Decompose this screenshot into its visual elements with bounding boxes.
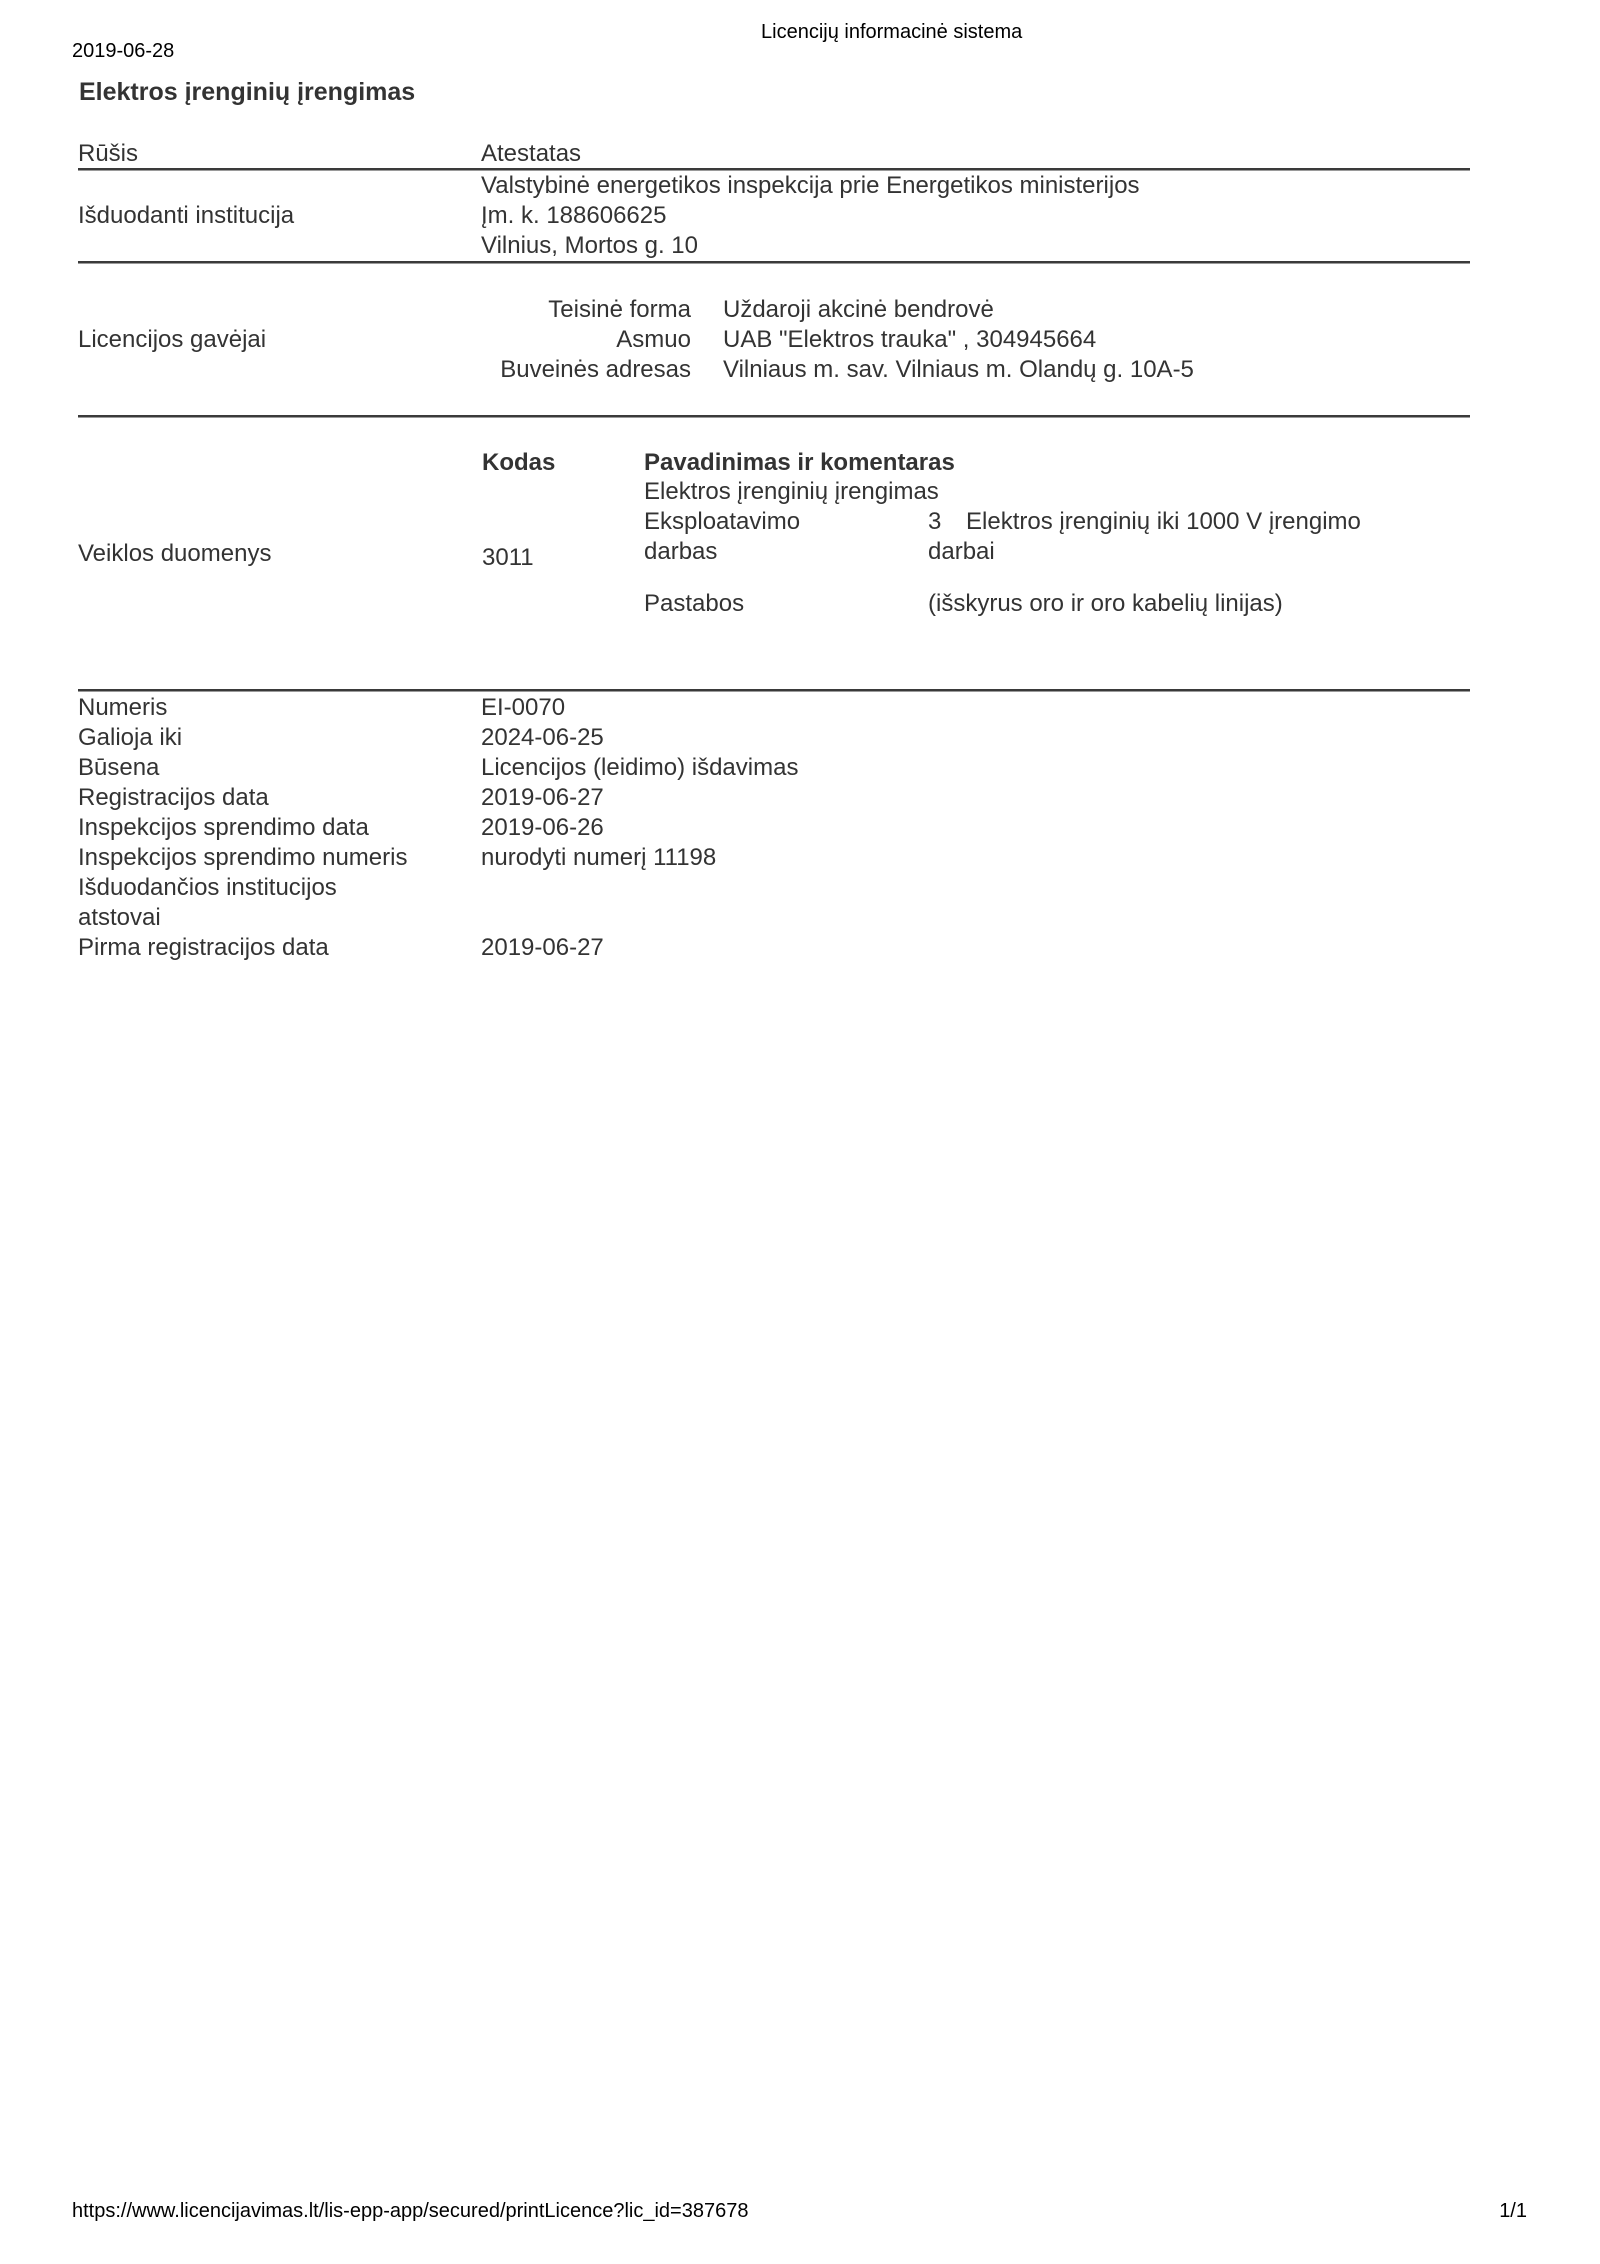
details-label: Registracijos data (78, 783, 481, 813)
type-value: Atestatas (481, 139, 581, 169)
holders-field-values: Uždaroji akcinė bendrovė UAB "Elektros t… (723, 295, 1194, 385)
details-label: Galioja iki (78, 723, 481, 753)
issuer-details: Valstybinė energetikos inspekcija prie E… (481, 171, 1140, 261)
name-header: Pavadinimas ir komentaras (644, 448, 955, 478)
site-title: Licencijų informacinė sistema (761, 20, 1022, 44)
details-label-line: Pirma registracijos data (78, 933, 481, 963)
work-label-line: Eksploatavimo (644, 507, 800, 537)
divider (78, 261, 1470, 263)
person-label: Asmuo (481, 325, 691, 355)
details-row: BūsenaLicencijos (leidimo) išdavimas (78, 753, 1470, 783)
details-label-line: Būsena (78, 753, 481, 783)
print-url: https://www.licencijavimas.lt/lis-epp-ap… (72, 2199, 748, 2223)
type-label: Rūšis (78, 139, 138, 169)
registered-address-label: Buveinės adresas (481, 355, 691, 385)
details-label: Būsena (78, 753, 481, 783)
details-list: NumerisEI-0070Galioja iki2024-06-25Būsen… (78, 693, 1470, 963)
details-value: 2024-06-25 (481, 723, 604, 753)
work-number: 3 (928, 507, 941, 537)
holders-field-labels: Teisinė forma Asmuo Buveinės adresas (481, 295, 691, 385)
issuer-company-code: Įm. k. 188606625 (481, 201, 1140, 231)
activity-code: 3011 (482, 543, 534, 573)
divider (78, 689, 1470, 691)
details-label-line: Inspekcijos sprendimo data (78, 813, 481, 843)
issuer-name: Valstybinė energetikos inspekcija prie E… (481, 171, 1140, 201)
details-label: Išduodančios institucijosatstovai (78, 873, 481, 933)
details-value: 2019-06-27 (481, 933, 604, 963)
details-value: EI-0070 (481, 693, 565, 723)
divider (78, 415, 1470, 417)
document-title: Elektros įrenginių įrengimas (79, 77, 415, 107)
notes-label: Pastabos (644, 589, 744, 619)
details-label-line: Galioja iki (78, 723, 481, 753)
details-value: 2019-06-26 (481, 813, 604, 843)
legal-form-value: Uždaroji akcinė bendrovė (723, 295, 1194, 325)
person-value: UAB "Elektros trauka" , 304945664 (723, 325, 1194, 355)
details-label: Numeris (78, 693, 481, 723)
issuer-address: Vilnius, Mortos g. 10 (481, 231, 1140, 261)
notes-value: (išskyrus oro ir oro kabelių linijas) (928, 589, 1283, 619)
page-number: 1/1 (1447, 2199, 1527, 2223)
work-value: Elektros įrenginių iki 1000 V įrengimo (966, 507, 1361, 537)
details-row: Išduodančios institucijosatstovai (78, 873, 1470, 933)
divider (78, 168, 1470, 170)
details-row: Inspekcijos sprendimo data2019-06-26 (78, 813, 1470, 843)
details-label-line: Registracijos data (78, 783, 481, 813)
print-date: 2019-06-28 (72, 39, 174, 63)
details-label: Inspekcijos sprendimo data (78, 813, 481, 843)
issuer-label: Išduodanti institucija (78, 201, 294, 231)
activity-name: Elektros įrenginių įrengimas (644, 477, 939, 507)
code-header: Kodas (482, 448, 555, 478)
details-label-line: Išduodančios institucijos (78, 873, 481, 903)
details-label: Pirma registracijos data (78, 933, 481, 963)
details-row: Pirma registracijos data2019-06-27 (78, 933, 1470, 963)
details-label-line: Inspekcijos sprendimo numeris (78, 843, 481, 873)
details-row: Inspekcijos sprendimo numerisnurodyti nu… (78, 843, 1470, 873)
details-row: Registracijos data2019-06-27 (78, 783, 1470, 813)
details-value: Licencijos (leidimo) išdavimas (481, 753, 798, 783)
work-label: Eksploatavimo darbas (644, 507, 800, 567)
legal-form-label: Teisinė forma (481, 295, 691, 325)
details-row: Galioja iki2024-06-25 (78, 723, 1470, 753)
details-label: Inspekcijos sprendimo numeris (78, 843, 481, 873)
details-value: 2019-06-27 (481, 783, 604, 813)
activity-label: Veiklos duomenys (78, 539, 271, 569)
work-value-line: Elektros įrenginių iki 1000 V įrengimo (966, 507, 1361, 537)
details-row: NumerisEI-0070 (78, 693, 1470, 723)
details-label-line: atstovai (78, 903, 481, 933)
work-value-line2: darbai (928, 537, 995, 567)
holders-label: Licencijos gavėjai (78, 325, 266, 355)
work-label-line: darbas (644, 537, 800, 567)
registered-address-value: Vilniaus m. sav. Vilniaus m. Olandų g. 1… (723, 355, 1194, 385)
details-label-line: Numeris (78, 693, 481, 723)
details-value: nurodyti numerį 11198 (481, 843, 716, 873)
